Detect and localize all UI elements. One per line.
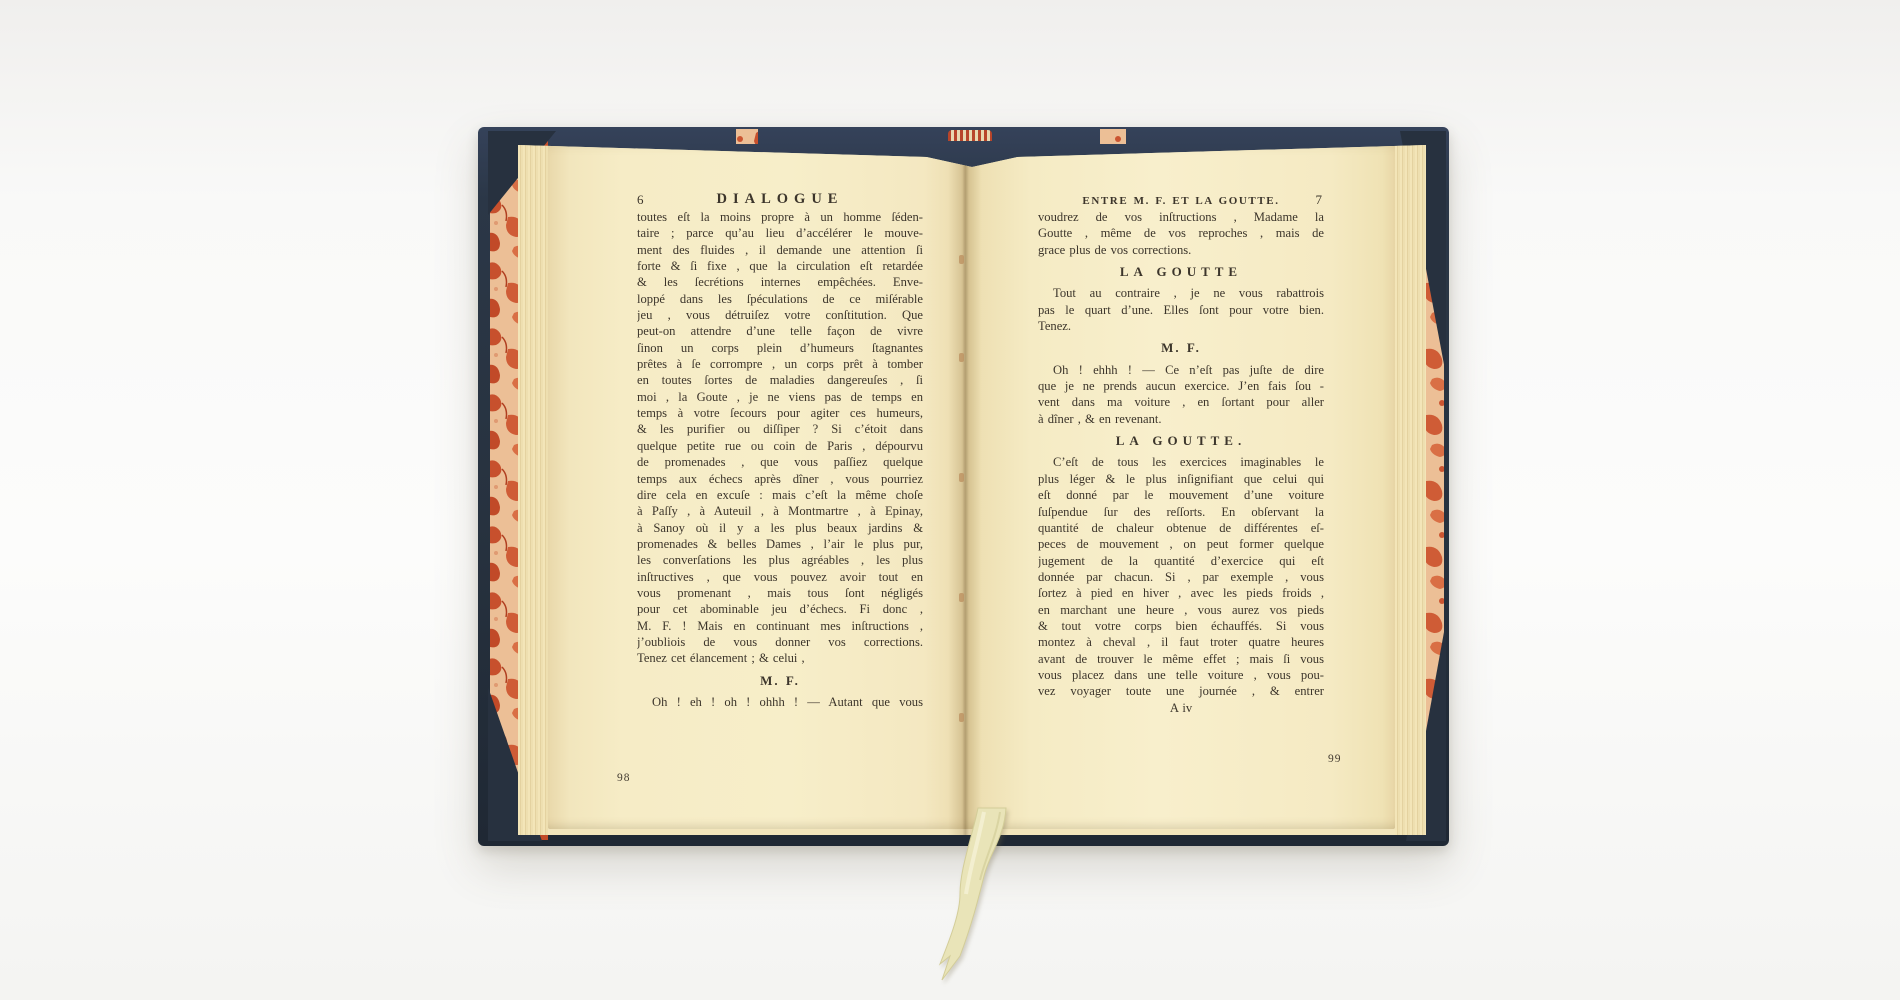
- text-line: Oh ! eh ! oh ! ohhh ! — Autant que vous: [637, 694, 923, 710]
- text-line: toutes eſt la moins propre à un homme ſé…: [637, 209, 923, 225]
- folio-number: 6: [637, 192, 644, 208]
- text-line: jeu , vous détruiſez votre conſtitution.…: [637, 307, 923, 323]
- paragraph: voudrez de vos inſtructions , Madame laG…: [1038, 209, 1324, 258]
- text-line: en marchant une heure , vous aurez vos p…: [1038, 602, 1324, 618]
- text-line: eſt donné par le mouvement d’une voiture: [1038, 487, 1324, 503]
- right-page-text: ENTRE M. F. ET LA GOUTTE. 7 voudrez de v…: [1038, 209, 1324, 716]
- text-line: taire ; parce qu’au lieu d’accélérer le …: [637, 225, 923, 241]
- text-line: jugement de la quantité d’exercice qui e…: [1038, 553, 1324, 569]
- text-line: à Sanoy où il y a les plus beaux jardins…: [637, 520, 923, 536]
- text-line: temps à votre ſecours pour agiter ces hu…: [637, 405, 923, 421]
- signature-mark: A iv: [1038, 700, 1324, 716]
- text-line: en toutes ſortes de maladies dangereuſes…: [637, 372, 923, 388]
- paragraph: C’eſt de tous les exercices imaginables …: [1038, 454, 1324, 699]
- text-line: grace plus de vos corrections.: [1038, 242, 1324, 258]
- text-line: ſortez à pied en hiver , avec les pieds …: [1038, 585, 1324, 601]
- text-line: j’oubliois de vous donner vos correction…: [637, 634, 923, 650]
- running-head-right: ENTRE M. F. ET LA GOUTTE. 7: [1038, 191, 1324, 209]
- text-line: Tenez cet élancement ; & celui ,: [637, 650, 923, 666]
- text-line: peut-on attendre d’une telle façon de vi…: [637, 323, 923, 339]
- text-line: dire cela en excuſe : mais c’eſt la même…: [637, 487, 923, 503]
- text-line: quelque petite rue ou coin de Paris , dé…: [637, 438, 923, 454]
- text-line: inſtructives , que vous pouvez avoir tou…: [637, 569, 923, 585]
- text-line: quantité de chaleur obtenue de différent…: [1038, 520, 1324, 536]
- text-line: & les ſecrétions internes empêchées. Env…: [637, 274, 923, 290]
- text-line: Tenez.: [1038, 318, 1324, 334]
- text-line: Tout au contraire , je ne vous rabattroi…: [1038, 285, 1324, 301]
- text-line: de promenades , que vous paſſiez quelque: [637, 454, 923, 470]
- binding-stitch: [959, 255, 964, 264]
- binding-stitch: [959, 713, 964, 722]
- text-line: à Paſſy , à Auteuil , à Montmartre , à E…: [637, 503, 923, 519]
- text-line: vous placez dans une telle voiture , vou…: [1038, 667, 1324, 683]
- paragraph: Tout au contraire , je ne vous rabattroi…: [1038, 285, 1324, 334]
- text-line: loppé dans les ſpéculations de ce miſéra…: [637, 291, 923, 307]
- headband: [948, 130, 992, 141]
- text-line: temps aux échecs après dîner , vous pour…: [637, 471, 923, 487]
- text-line: donnée par chacun. Si , par exemple , vo…: [1038, 569, 1324, 585]
- text-line: vent dans ma voiture , en ſortant pour a…: [1038, 394, 1324, 410]
- text-line: pas le quart d’une. Elles ſont pour votr…: [1038, 302, 1324, 318]
- folio-number: 7: [1316, 192, 1323, 208]
- text-line: Oh ! ehhh ! — Ce n’eſt pas juſte de dire: [1038, 362, 1324, 378]
- book: 6 DIALOGUE toutes eſt la moins propre à …: [478, 127, 1449, 846]
- text-line: forte & ſi fixe , que la circulation eſt…: [637, 258, 923, 274]
- text-line: ſinon un corps plein d’humeurs ſtagnante…: [637, 340, 923, 356]
- text-line: C’eſt de tous les exercices imaginables …: [1038, 454, 1324, 470]
- text-line: moi , la Goute , je ne viens pas de temp…: [637, 389, 923, 405]
- text-line: montez à cheval , il faut troter quatre …: [1038, 634, 1324, 650]
- paragraph: Oh ! ehhh ! — Ce n’eſt pas juſte de dire…: [1038, 362, 1324, 427]
- text-line: plus léger & le plus inſignifiant que ce…: [1038, 471, 1324, 487]
- page-edges-left: [518, 137, 548, 835]
- speaker-heading: M. F.: [1038, 340, 1324, 356]
- text-line: ment des fluides , il demande une attent…: [637, 242, 923, 258]
- text-line: vous promenant , mais tous ſont négligés: [637, 585, 923, 601]
- left-page-text: 6 DIALOGUE toutes eſt la moins propre à …: [637, 209, 923, 710]
- text-line: peces de mouvement , on peut former quel…: [1038, 536, 1324, 552]
- text-line: pour cet abominable jeu d’échecs. Fi don…: [637, 601, 923, 617]
- text-line: & les purifier ou diſſiper ? Si c’étoit …: [637, 421, 923, 437]
- text-line: les converſations les plus agréables , l…: [637, 552, 923, 568]
- page-number-right: 99: [1328, 753, 1342, 765]
- paragraph: Oh ! eh ! oh ! ohhh ! — Autant que vous: [637, 694, 923, 710]
- running-title: ENTRE M. F. ET LA GOUTTE.: [1038, 191, 1324, 209]
- text-line: & tout votre corps bien échauffés. Si vo…: [1038, 618, 1324, 634]
- text-line: Goutte , même de vos reproches , mais de: [1038, 225, 1324, 241]
- binding-stitch: [959, 473, 964, 482]
- speaker-heading: M. F.: [637, 673, 923, 689]
- text-line: vez voyager toute une journée , & entrer: [1038, 683, 1324, 699]
- page-edges-right: [1395, 137, 1426, 835]
- text-line: M. F. ! Mais en continuant mes inſtructi…: [637, 618, 923, 634]
- text-line: ſuſpendue ſur des reſſorts. En obſervant…: [1038, 504, 1324, 520]
- speaker-heading: LA GOUTTE.: [1038, 433, 1324, 449]
- bookmark-ribbon: [918, 804, 1038, 1000]
- running-title: DIALOGUE: [637, 191, 923, 207]
- text-line: avant de trouver le même effet ; mais ſi…: [1038, 651, 1324, 667]
- text-line: voudrez de vos inſtructions , Madame la: [1038, 209, 1324, 225]
- page-number-left: 98: [617, 772, 631, 784]
- text-line: que je ne prends aucun exercice. J’en fa…: [1038, 378, 1324, 394]
- speaker-heading: LA GOUTTE: [1038, 264, 1324, 280]
- text-line: à dîner , & en revenant.: [1038, 411, 1324, 427]
- book-photograph: 6 DIALOGUE toutes eſt la moins propre à …: [0, 0, 1900, 1000]
- binding-stitch: [959, 353, 964, 362]
- paragraph: toutes eſt la moins propre à un homme ſé…: [637, 209, 923, 667]
- gutter-shadow: [948, 137, 982, 835]
- text-line: promenades & belles Dames , l’air le plu…: [637, 536, 923, 552]
- text-line: prêtes à ſe corrompre , un corps prêt à …: [637, 356, 923, 372]
- running-head-left: 6 DIALOGUE: [637, 191, 923, 209]
- binding-stitch: [959, 593, 964, 602]
